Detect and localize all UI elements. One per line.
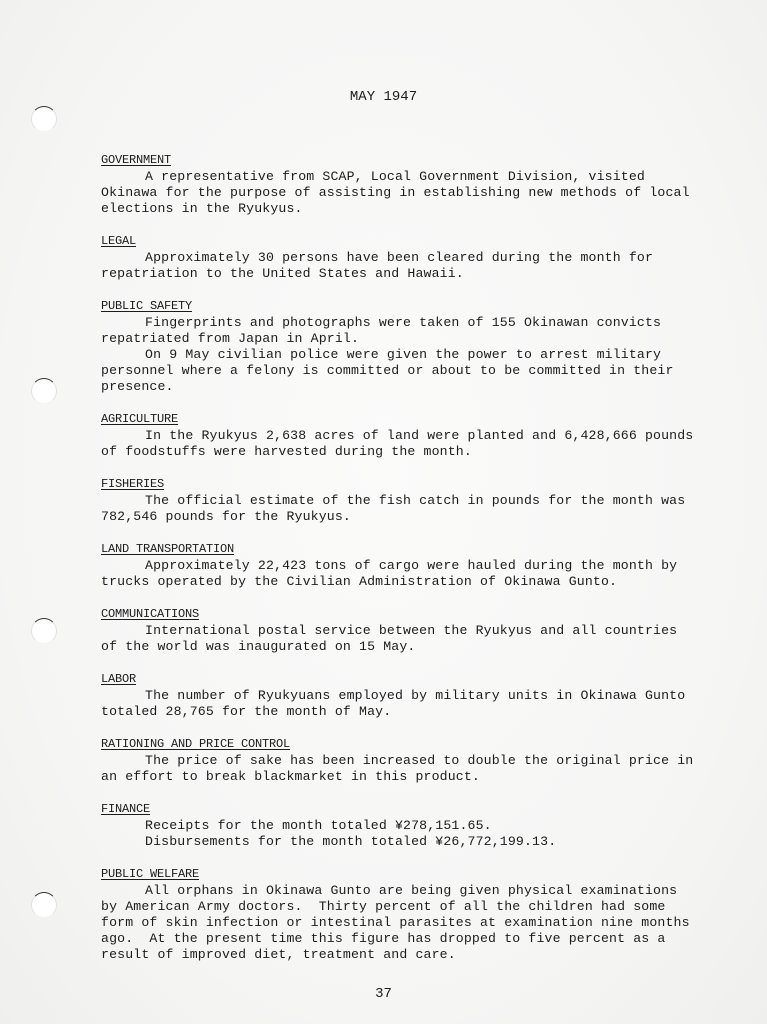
- text-line: repatriation to the United States and Ha…: [101, 266, 721, 282]
- text-line: ago. At the present time this figure has…: [101, 931, 721, 947]
- section-heading: COMMUNICATIONS: [101, 606, 199, 623]
- section-fisheries: FISHERIES The official estimate of the f…: [101, 476, 721, 525]
- text-line: Disbursements for the month totaled ¥26,…: [101, 834, 721, 850]
- text-line: repatriated from Japan in April.: [101, 331, 721, 347]
- text-line: by American Army doctors. Thirty percent…: [101, 899, 721, 915]
- text-line: totaled 28,765 for the month of May.: [101, 704, 721, 720]
- section-labor: LABOR The number of Ryukyuans employed b…: [101, 671, 721, 720]
- section-heading: PUBLIC WELFARE: [101, 866, 199, 883]
- section-heading: PUBLIC SAFETY: [101, 298, 192, 315]
- text-line: Approximately 30 persons have been clear…: [101, 250, 721, 266]
- text-line: presence.: [101, 379, 721, 395]
- document-body: GOVERNMENT A representative from SCAP, L…: [101, 152, 721, 979]
- text-line: of the world was inaugurated on 15 May.: [101, 639, 721, 655]
- section-agriculture: AGRICULTURE In the Ryukyus 2,638 acres o…: [101, 411, 721, 460]
- binder-hole: [31, 618, 57, 644]
- binder-hole: [31, 378, 57, 404]
- text-line: All orphans in Okinawa Gunto are being g…: [101, 883, 721, 899]
- section-land-transportation: LAND TRANSPORTATION Approximately 22,423…: [101, 541, 721, 590]
- section-legal: LEGAL Approximately 30 persons have been…: [101, 233, 721, 282]
- text-line: Receipts for the month totaled ¥278,151.…: [101, 818, 721, 834]
- text-line: 782,546 pounds for the Ryukyus.: [101, 509, 721, 525]
- section-rationing-price-control: RATIONING AND PRICE CONTROL The price of…: [101, 736, 721, 785]
- section-heading: RATIONING AND PRICE CONTROL: [101, 736, 290, 753]
- text-line: Fingerprints and photographs were taken …: [101, 315, 721, 331]
- binder-hole: [31, 106, 57, 132]
- text-line: In the Ryukyus 2,638 acres of land were …: [101, 428, 721, 444]
- document-page: MAY 1947 GOVERNMENT A representative fro…: [0, 0, 767, 1024]
- text-line: The number of Ryukyuans employed by mili…: [101, 688, 721, 704]
- text-line: International postal service between the…: [101, 623, 721, 639]
- text-line: trucks operated by the Civilian Administ…: [101, 574, 721, 590]
- section-heading: GOVERNMENT: [101, 152, 171, 169]
- section-finance: FINANCE Receipts for the month totaled ¥…: [101, 801, 721, 850]
- text-line: Approximately 22,423 tons of cargo were …: [101, 558, 721, 574]
- section-government: GOVERNMENT A representative from SCAP, L…: [101, 152, 721, 217]
- page-number: 37: [0, 986, 767, 1002]
- document-title: MAY 1947: [0, 89, 767, 105]
- section-heading: LAND TRANSPORTATION: [101, 541, 234, 558]
- text-line: On 9 May civilian police were given the …: [101, 347, 721, 363]
- text-line: elections in the Ryukyus.: [101, 201, 721, 217]
- text-line: The official estimate of the fish catch …: [101, 493, 721, 509]
- text-line: result of improved diet, treatment and c…: [101, 947, 721, 963]
- text-line: personnel where a felony is committed or…: [101, 363, 721, 379]
- section-communications: COMMUNICATIONS International postal serv…: [101, 606, 721, 655]
- text-line: A representative from SCAP, Local Govern…: [101, 169, 721, 185]
- text-line: form of skin infection or intestinal par…: [101, 915, 721, 931]
- section-heading: LEGAL: [101, 233, 136, 250]
- binder-hole: [31, 892, 57, 918]
- text-line: an effort to break blackmarket in this p…: [101, 769, 721, 785]
- section-heading: LABOR: [101, 671, 136, 688]
- section-public-safety: PUBLIC SAFETY Fingerprints and photograp…: [101, 298, 721, 395]
- section-heading: FISHERIES: [101, 476, 164, 493]
- section-heading: AGRICULTURE: [101, 411, 178, 428]
- text-line: Okinawa for the purpose of assisting in …: [101, 185, 721, 201]
- section-public-welfare: PUBLIC WELFARE All orphans in Okinawa Gu…: [101, 866, 721, 963]
- section-heading: FINANCE: [101, 801, 150, 818]
- text-line: of foodstuffs were harvested during the …: [101, 444, 721, 460]
- text-line: The price of sake has been increased to …: [101, 753, 721, 769]
